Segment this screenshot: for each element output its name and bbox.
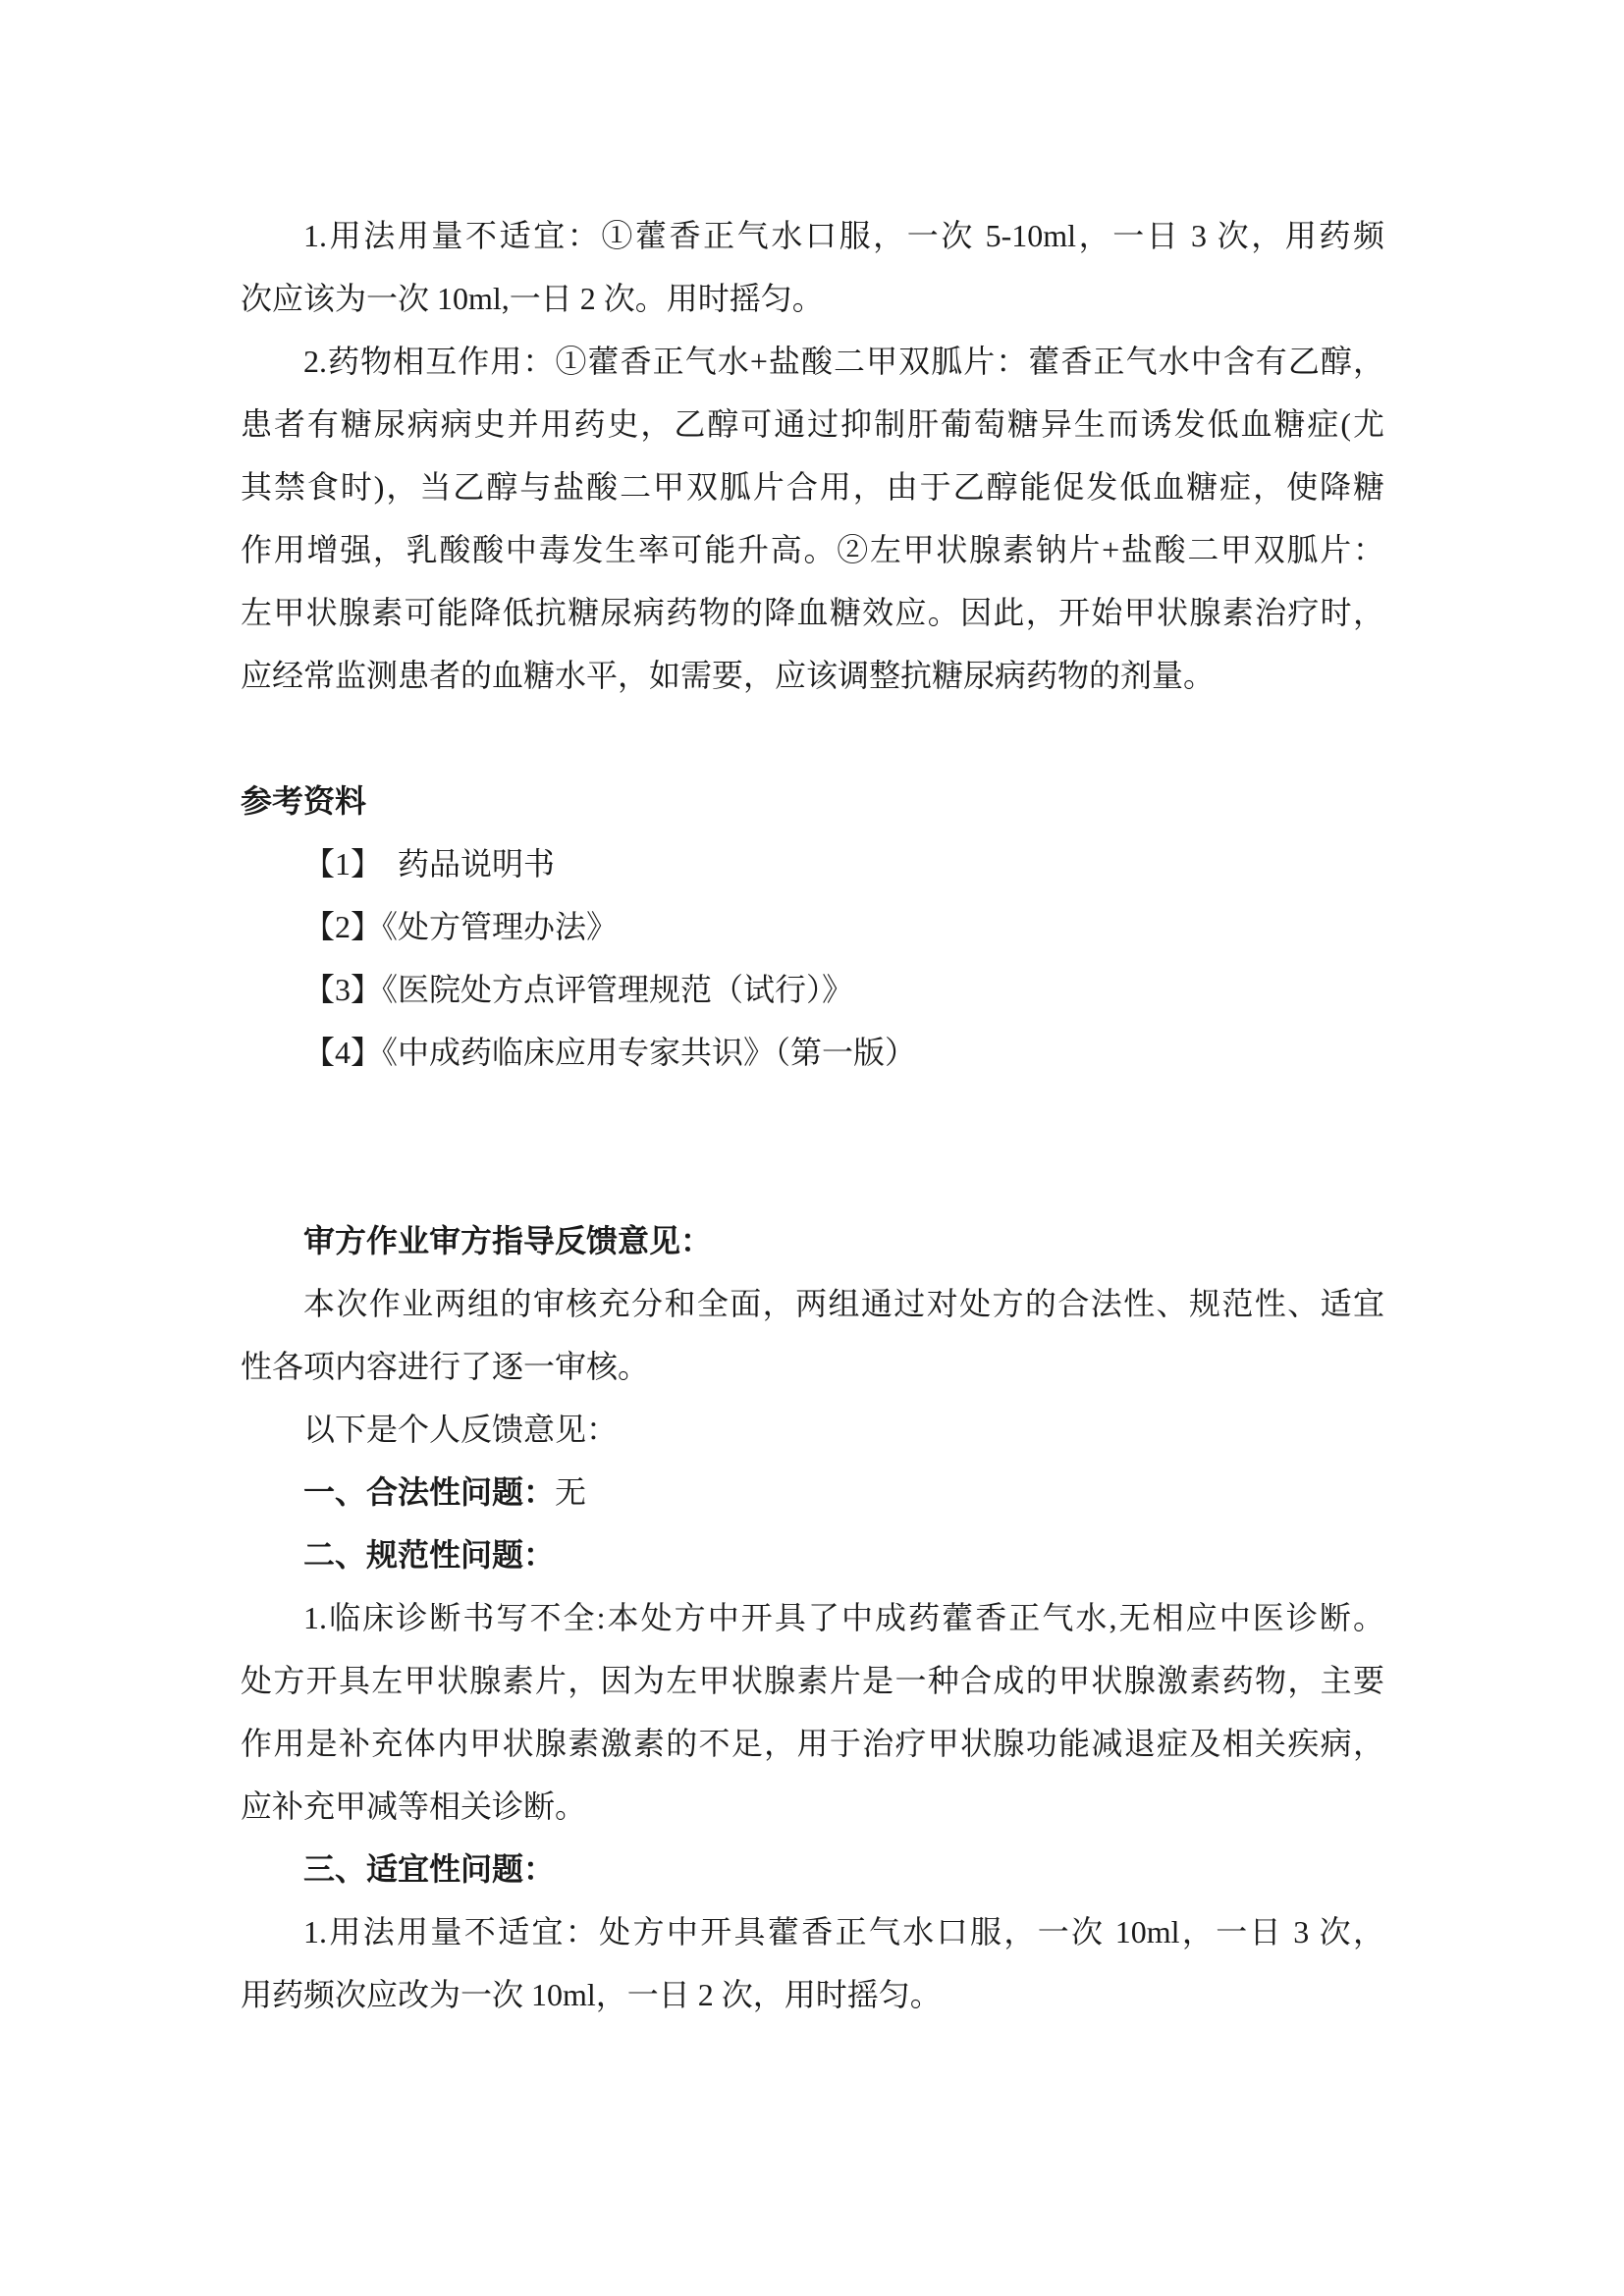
line-standardization-3: 作用是补充体内甲状腺素激素的不足，用于治疗甲状腺功能减退症及相关疾病， <box>241 1712 1384 1775</box>
line-text: 作用是补充体内甲状腺素激素的不足，用于治疗甲状腺功能减退症及相关疾病， <box>241 1726 1384 1761</box>
line-drug-interaction-1: 2.药物相互作用：①藿香正气水+盐酸二甲双胍片：藿香正气水中含有乙醇， <box>241 330 1384 393</box>
heading-standardization-issues: 二、规范性问题： <box>241 1523 1384 1586</box>
line-feedback-overview-2: 性各项内容进行了逐一审核。 <box>241 1335 1384 1398</box>
line-text: 2.药物相互作用：①藿香正气水+盐酸二甲双胍片：藿香正气水中含有乙醇， <box>303 344 1384 379</box>
line-drug-interaction-5: 左甲状腺素可能降低抗糖尿病药物的降血糖效应。因此，开始甲状腺素治疗时， <box>241 581 1384 644</box>
line-text: 患者有糖尿病病史并用药史，乙醇可通过抑制肝葡萄糖异生而诱发低血糖症(尤 <box>241 406 1384 442</box>
heading-text: 三、适宜性问题： <box>303 1851 555 1887</box>
legality-value-text: 无 <box>555 1474 586 1510</box>
line-text: 1.用法用量不适宜：①藿香正气水口服，一次 5-10ml，一日 3 次，用药频 <box>303 218 1384 253</box>
heading-references: 参考资料 <box>241 770 1384 832</box>
line-text: 应补充甲减等相关诊断。 <box>241 1789 586 1824</box>
line-text: 用药频次应改为一次 10ml，一日 2 次，用时摇匀。 <box>241 1977 942 2012</box>
line-text: 作用增强，乳酸酸中毒发生率可能升高。②左甲状腺素钠片+盐酸二甲双胍片： <box>241 532 1384 567</box>
reference-item-1: 【1】 药品说明书 <box>241 832 1384 895</box>
line-text: 本次作业两组的审核充分和全面，两组通过对处方的合法性、规范性、适宜 <box>303 1286 1384 1321</box>
reference-item-2: 【2】《处方管理办法》 <box>241 895 1384 958</box>
line-suitability-1: 1.用法用量不适宜：处方中开具藿香正气水口服，一次 10ml，一日 3 次， <box>241 1900 1384 1963</box>
line-text: 处方开具左甲状腺素片，因为左甲状腺素片是一种合成的甲状腺激素药物，主要 <box>241 1663 1384 1698</box>
line-drug-interaction-3: 其禁食时)，当乙醇与盐酸二甲双胍片合用，由于乙醇能促发低血糖症，使降糖 <box>241 455 1384 518</box>
line-text: 次应该为一次 10ml,一日 2 次。用时摇匀。 <box>241 281 824 316</box>
reference-text: 【4】《中成药临床应用专家共识》（第一版） <box>303 1035 916 1070</box>
reference-text: 【3】《医院处方点评管理规范（试行）》 <box>303 972 853 1007</box>
heading-suitability-issues: 三、适宜性问题： <box>241 1838 1384 1900</box>
line-text: 以下是个人反馈意见： <box>303 1412 618 1447</box>
heading-text: 参考资料 <box>241 783 366 819</box>
line-drug-interaction-2: 患者有糖尿病病史并用药史，乙醇可通过抑制肝葡萄糖异生而诱发低血糖症(尤 <box>241 393 1384 455</box>
line-legality-issue: 一、合法性问题：无 <box>241 1461 1384 1523</box>
heading-feedback: 审方作业审方指导反馈意见： <box>241 1209 1384 1272</box>
line-suitability-2: 用药频次应改为一次 10ml，一日 2 次，用时摇匀。 <box>241 1963 1384 2026</box>
line-drug-interaction-4: 作用增强，乳酸酸中毒发生率可能升高。②左甲状腺素钠片+盐酸二甲双胍片： <box>241 518 1384 581</box>
line-usage-dosage-1: 1.用法用量不适宜：①藿香正气水口服，一次 5-10ml，一日 3 次，用药频 <box>241 204 1384 267</box>
line-usage-dosage-2: 次应该为一次 10ml,一日 2 次。用时摇匀。 <box>241 267 1384 330</box>
heading-text: 审方作业审方指导反馈意见： <box>303 1223 712 1258</box>
blank-line <box>241 707 1384 770</box>
reference-text: 【2】《处方管理办法》 <box>303 909 618 944</box>
line-text: 左甲状腺素可能降低抗糖尿病药物的降血糖效应。因此，开始甲状腺素治疗时， <box>241 595 1384 630</box>
line-standardization-2: 处方开具左甲状腺素片，因为左甲状腺素片是一种合成的甲状腺激素药物，主要 <box>241 1649 1384 1712</box>
reference-text: 【1】 药品说明书 <box>303 846 555 881</box>
blank-line <box>241 1084 1384 1147</box>
line-feedback-overview-1: 本次作业两组的审核充分和全面，两组通过对处方的合法性、规范性、适宜 <box>241 1272 1384 1335</box>
reference-item-4: 【4】《中成药临床应用专家共识》（第一版） <box>241 1021 1384 1084</box>
line-text: 性各项内容进行了逐一审核。 <box>241 1349 649 1384</box>
legality-heading-text: 一、合法性问题： <box>303 1474 555 1510</box>
line-personal-feedback-intro: 以下是个人反馈意见： <box>241 1398 1384 1461</box>
document-page: 1.用法用量不适宜：①藿香正气水口服，一次 5-10ml，一日 3 次，用药频 … <box>0 0 1624 2296</box>
line-text: 1.临床诊断书写不全:本处方中开具了中成药藿香正气水,无相应中医诊断。 <box>303 1600 1384 1635</box>
line-drug-interaction-6: 应经常监测患者的血糖水平，如需要，应该调整抗糖尿病药物的剂量。 <box>241 644 1384 707</box>
line-text: 应经常监测患者的血糖水平，如需要，应该调整抗糖尿病药物的剂量。 <box>241 658 1215 693</box>
line-text: 其禁食时)，当乙醇与盐酸二甲双胍片合用，由于乙醇能促发低血糖症，使降糖 <box>241 469 1384 505</box>
reference-item-3: 【3】《医院处方点评管理规范（试行）》 <box>241 958 1384 1021</box>
heading-text: 二、规范性问题： <box>303 1537 555 1573</box>
line-text: 1.用法用量不适宜：处方中开具藿香正气水口服，一次 10ml，一日 3 次， <box>303 1914 1384 1949</box>
blank-line <box>241 1147 1384 1209</box>
line-standardization-1: 1.临床诊断书写不全:本处方中开具了中成药藿香正气水,无相应中医诊断。 <box>241 1586 1384 1649</box>
line-standardization-4: 应补充甲减等相关诊断。 <box>241 1775 1384 1838</box>
